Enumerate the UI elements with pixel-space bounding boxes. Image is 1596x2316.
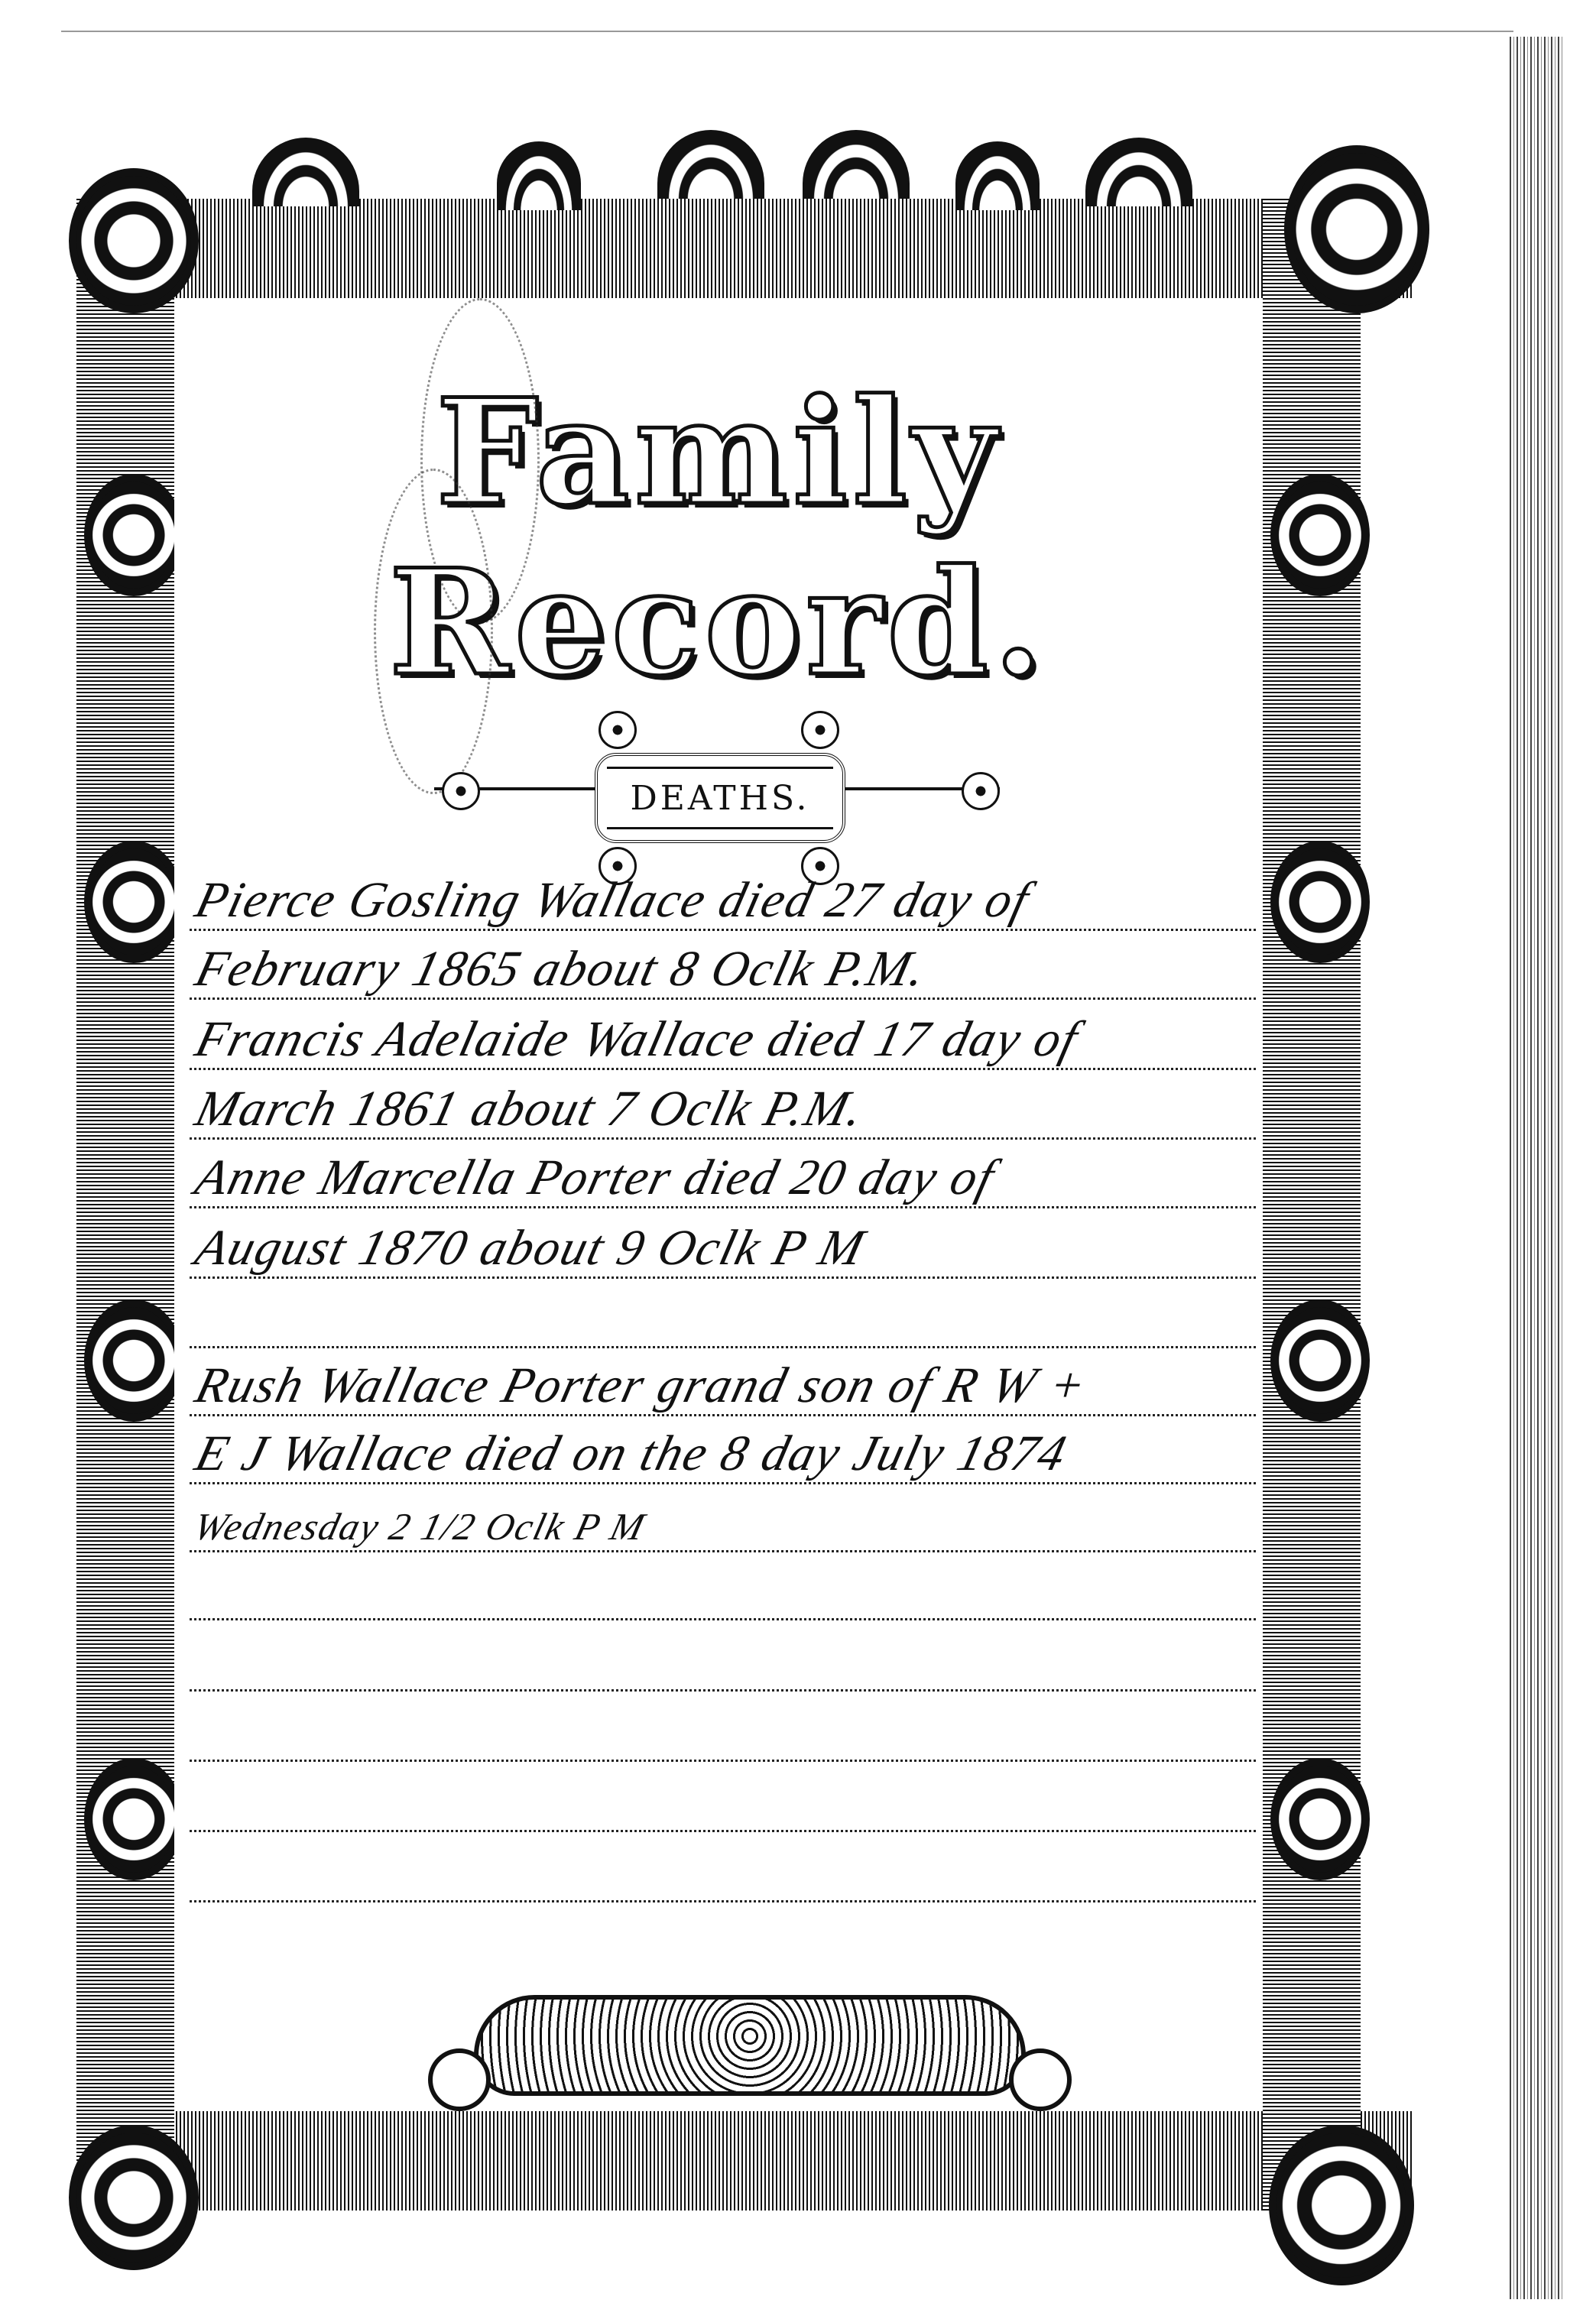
ruled-line <box>190 1618 1256 1620</box>
ruled-line <box>190 1900 1256 1902</box>
side-scroll-ornament <box>1270 1299 1370 1422</box>
death-entry-line: Francis Adelaide Wallace died 17 day of <box>190 1010 1085 1069</box>
corner-scroll-ornament <box>69 168 199 313</box>
death-entry-line: February 1865 about 8 Oclk P.M. <box>190 940 933 998</box>
ruled-line <box>190 1550 1256 1552</box>
ruled-line <box>190 1689 1256 1692</box>
side-scroll-ornament <box>84 1758 183 1880</box>
side-scroll-ornament <box>84 1299 183 1422</box>
ruled-line <box>190 1346 1256 1348</box>
section-heading: DEATHS. <box>630 779 809 818</box>
border-bottom <box>76 2111 1414 2211</box>
corner-scroll-ornament <box>1284 145 1429 313</box>
border-top <box>76 199 1414 298</box>
deaths-cartouche: DEATHS. <box>434 711 1000 879</box>
ruled-line <box>190 1760 1256 1762</box>
ornament-ball <box>428 2048 491 2111</box>
rosette-ornament <box>442 772 480 810</box>
ruled-line <box>190 1830 1256 1832</box>
bottom-scroll-ornament <box>428 1964 1062 2110</box>
death-entry-line: E J Wallace died on the 8 day July 1874 <box>190 1425 1073 1483</box>
death-entry-line: Pierce Gosling Wallace died 27 day of <box>190 871 1036 929</box>
record-body: Family Record. DEATHS. Pierce Gosling Wa… <box>174 298 1263 2111</box>
title-word-record: Record. <box>389 537 1048 708</box>
book-page-edges <box>1510 37 1563 2299</box>
rosette-ornament <box>801 711 839 749</box>
death-entry-line: March 1861 about 7 Oclk P.M. <box>190 1080 871 1138</box>
death-entry-line: Rush Wallace Porter grand son of R W + <box>190 1357 1093 1415</box>
death-entry-line: Wednesday 2 1/2 Oclk P M <box>190 1504 650 1549</box>
death-entry-line: August 1870 about 9 Oclk P M <box>190 1219 871 1277</box>
rosette-ornament <box>962 772 1000 810</box>
side-scroll-ornament <box>1270 1758 1370 1880</box>
side-scroll-ornament <box>1270 474 1370 596</box>
corner-scroll-ornament <box>69 2125 199 2270</box>
rosette-ornament <box>598 711 637 749</box>
corner-scroll-ornament <box>1269 2125 1414 2285</box>
ornament-ball <box>1009 2048 1072 2111</box>
side-scroll-ornament <box>1270 841 1370 963</box>
title-word-family: Family <box>436 367 1001 537</box>
death-entry-line: Anne Marcella Porter died 20 day of <box>190 1149 1001 1207</box>
ornament-body <box>474 1995 1026 2096</box>
deaths-label-box: DEATHS. <box>595 753 845 843</box>
page-title: Family Record. <box>174 367 1263 708</box>
side-scroll-ornament <box>84 474 183 596</box>
side-scroll-ornament <box>84 841 183 963</box>
